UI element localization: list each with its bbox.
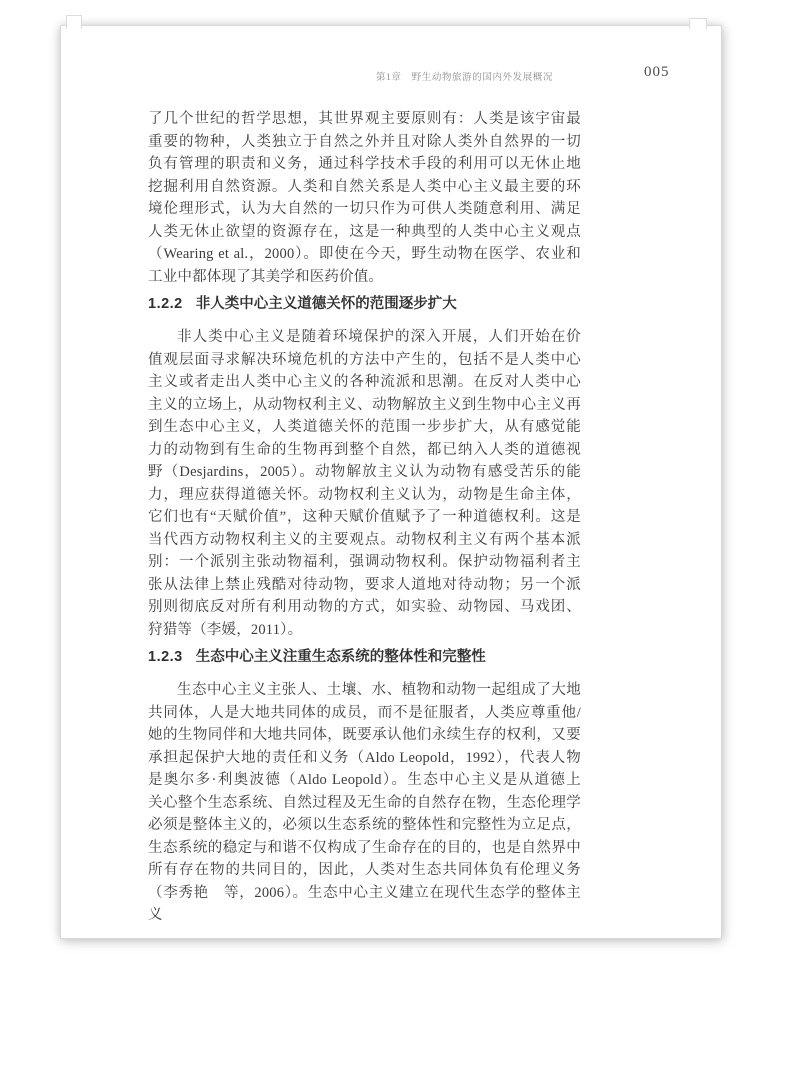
- paragraph: 了几个世纪的哲学思想，其世界观主要原则有：人类是该宇宙最重要的物种，人类独立于自…: [148, 108, 581, 288]
- section-number: 1.2.2: [148, 296, 183, 312]
- text-line: 主义或者走出人类中心主义的各种流派和思潮。在反对人类中心: [148, 371, 581, 394]
- text-line: 挖掘利用自然资源。人类和自然关系是人类中心主义最主要的环: [148, 176, 581, 199]
- section-title: 非人类中心主义道德关怀的范围逐步扩大: [196, 296, 457, 312]
- text-line: 张从法律上禁止残酷对待动物，要求人道地对待动物；另一个派: [148, 574, 581, 597]
- text-line: 非人类中心主义是随着环境保护的深入开展，人们开始在价: [148, 326, 581, 349]
- text-line: 关心整个生态系统、自然过程及无生命的自然存在物，生态伦理学: [148, 792, 581, 815]
- text-line: 别则彻底反对所有利用动物的方式，如实验、动物园、马戏团、: [148, 596, 581, 619]
- text-line: 是奥尔多·利奥波德（Aldo Leopold）。生态中心主义是从道德上: [148, 769, 581, 792]
- paragraph: 非人类中心主义是随着环境保护的深入开展，人们开始在价值观层面寻求解决环境危机的方…: [148, 326, 581, 641]
- section-title: 生态中心主义注重生态系统的整体性和完整性: [196, 649, 486, 665]
- text-line: 共同体，人是大地共同体的成员，而不是征服者，人类应尊重他/: [148, 702, 581, 725]
- text-line: 狩猎等（李媛，2011）。: [148, 619, 581, 642]
- text-line: 到生态中心主义，人类道德关怀的范围一步步扩大，从有感觉能: [148, 416, 581, 439]
- text-line: 主义的立场上，从动物权利主义、动物解放主义到生物中心主义再: [148, 394, 581, 417]
- text-line: 别：一个派别主张动物福利，强调动物权利。保护动物福利者主: [148, 551, 581, 574]
- text-line: （Wearing et al.，2000）。即使在今天，野生动物在医学、农业和: [148, 243, 581, 266]
- text-line: 所有存在物的共同目的，因此，人类对生态共同体负有伦理义务: [148, 859, 581, 882]
- page-edge-artifact-left: [66, 15, 82, 29]
- page-edge-artifact-right: [689, 18, 707, 29]
- text-line: 野（Desjardins，2005）。动物解放主义认为动物有感受苦乐的能: [148, 461, 581, 484]
- scanned-book-canvas: 第1章 野生动物旅游的国内外发展概况 005 了几个世纪的哲学思想，其世界观主要…: [0, 0, 790, 1091]
- text-line: 境伦理形式，认为大自然的一切只作为可供人类随意利用、满足: [148, 198, 581, 221]
- text-line: 它们也有“天赋价值”，这种天赋价值赋予了一种道德权利。这是: [148, 506, 581, 529]
- text-line: 人类无休止欲望的资源存在，这是一种典型的人类中心主义观点: [148, 221, 581, 244]
- text-line: 力，理应获得道德关怀。动物权利主义认为，动物是生命主体，: [148, 484, 581, 507]
- text-line: 当代西方动物权利主义的主要观点。动物权利主义有两个基本派: [148, 529, 581, 552]
- text-line: 承担起保护大地的责任和义务（Aldo Leopold，1992），代表人物: [148, 747, 581, 770]
- text-line: 负有管理的职责和义务，通过科学技术手段的利用可以无休止地: [148, 153, 581, 176]
- text-line: 了几个世纪的哲学思想，其世界观主要原则有：人类是该宇宙最: [148, 108, 581, 131]
- running-head-chapter-title: 第1章 野生动物旅游的国内外发展概况: [376, 69, 553, 83]
- text-line: （李秀艳 等，2006）。生态中心主义建立在现代生态学的整体主义: [148, 882, 581, 927]
- section-heading: 1.2.3生态中心主义注重生态系统的整体性和完整性: [148, 649, 581, 665]
- text-line: 生态系统的稳定与和谐不仅构成了生命存在的目的，也是自然界中: [148, 837, 581, 860]
- text-line: 力的动物到有生命的生物再到整个自然，都已纳入人类的道德视: [148, 439, 581, 462]
- text-line: 必须是整体主义的，必须以生态系统的整体性和完整性为立足点，: [148, 814, 581, 837]
- text-line: 生态中心主义主张人、土壤、水、植物和动物一起组成了大地: [148, 679, 581, 702]
- text-line: 值观层面寻求解决环境危机的方法中产生的，包括不是人类中心: [148, 349, 581, 372]
- text-line: 重要的物种，人类独立于自然之外并且对除人类外自然界的一切: [148, 131, 581, 154]
- section-number: 1.2.3: [148, 649, 183, 665]
- paragraph: 生态中心主义主张人、土壤、水、植物和动物一起组成了大地共同体，人是大地共同体的成…: [148, 679, 581, 927]
- section-heading: 1.2.2非人类中心主义道德关怀的范围逐步扩大: [148, 296, 581, 312]
- book-page: 第1章 野生动物旅游的国内外发展概况 005 了几个世纪的哲学思想，其世界观主要…: [60, 25, 722, 939]
- page-content: 了几个世纪的哲学思想，其世界观主要原则有：人类是该宇宙最重要的物种，人类独立于自…: [148, 108, 581, 927]
- text-line: 她的生物同伴和大地共同体，既要承认他们永续生存的权利，又要: [148, 724, 581, 747]
- page-number: 005: [644, 64, 670, 81]
- text-line: 工业中都体现了其美学和医药价值。: [148, 266, 581, 289]
